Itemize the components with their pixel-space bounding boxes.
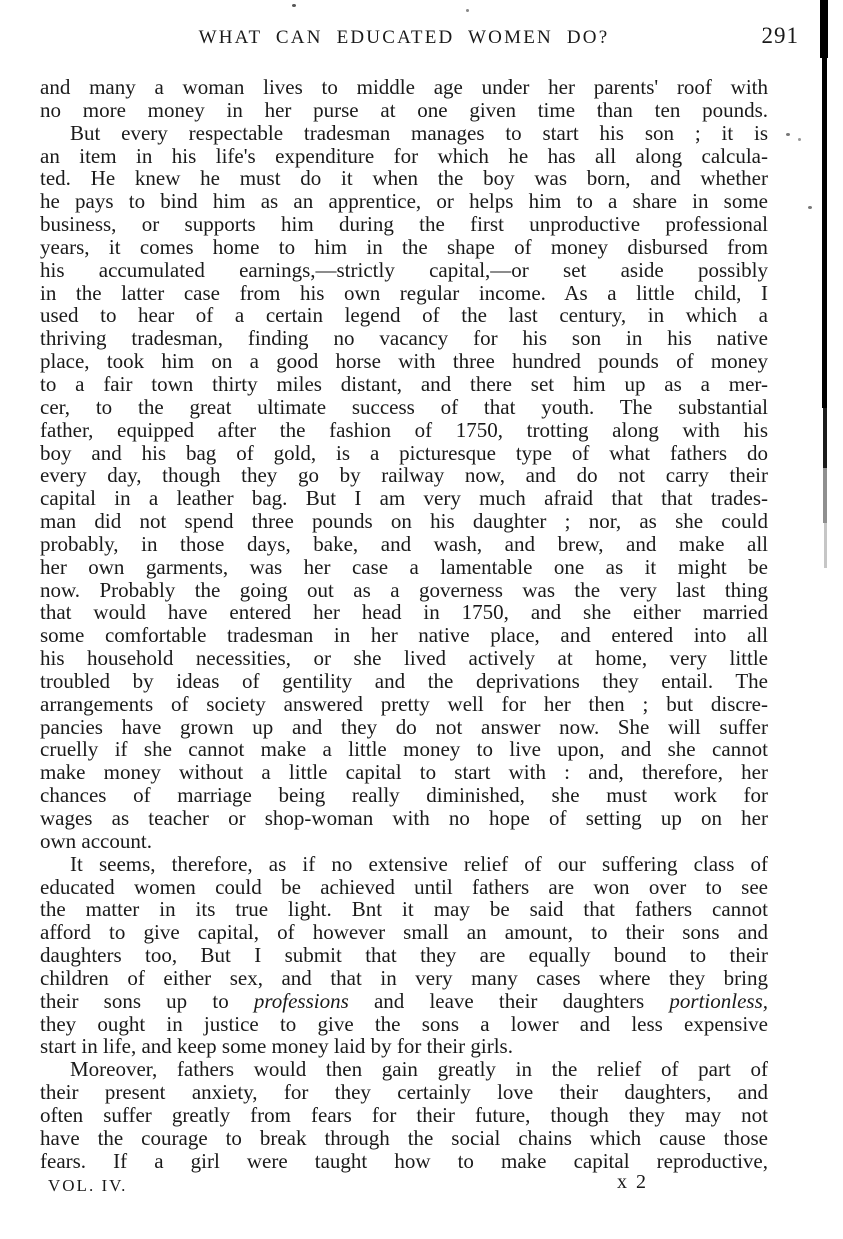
paragraph: But every respectable tradesman manages … xyxy=(40,122,768,853)
text-line: father, equipped after the fashion of 17… xyxy=(40,419,768,442)
scan-gutter-bar xyxy=(823,468,827,523)
text-line: But every respectable tradesman manages … xyxy=(40,122,768,145)
paragraph: Moreover, fathers would then gain greatl… xyxy=(40,1058,768,1172)
text-line: to a fair town thirty miles distant, and… xyxy=(40,373,768,396)
text-line: wages as teacher or shop-woman with no h… xyxy=(40,807,768,830)
text-line: own account. xyxy=(40,830,768,853)
text-line: an item in his life's expenditure for wh… xyxy=(40,145,768,168)
text-line: fears. If a girl were taught how to make… xyxy=(40,1150,768,1173)
scan-speckle xyxy=(786,133,790,136)
scan-gutter-bar xyxy=(820,0,828,58)
scan-gutter-bar xyxy=(824,523,827,568)
text-line: probably, in those days, bake, and wash,… xyxy=(40,533,768,556)
text-segment: and leave their daughters xyxy=(349,989,670,1013)
italic-text: professions xyxy=(254,989,349,1013)
text-line: boy and his bag of gold, is a picturesqu… xyxy=(40,442,768,465)
scan-gutter-bar xyxy=(822,58,827,408)
text-line: often suffer greatly from fears for thei… xyxy=(40,1104,768,1127)
scanned-book-page: WHAT CAN EDUCATED WOMEN DO? 291 and many… xyxy=(0,0,843,1239)
page-body: and many a woman lives to middle age und… xyxy=(40,76,768,1173)
text-line: in the latter case from his own regular … xyxy=(40,282,768,305)
text-line: ted. He knew he must do it when the boy … xyxy=(40,167,768,190)
text-line: and many a woman lives to middle age und… xyxy=(40,76,768,99)
text-line: they ought in justice to give the sons a… xyxy=(40,1013,768,1036)
paragraph: and many a woman lives to middle age und… xyxy=(40,76,768,122)
text-line: every day, though they go by railway now… xyxy=(40,464,768,487)
text-line: afford to give capital, of however small… xyxy=(40,921,768,944)
page-number: 291 xyxy=(762,23,800,49)
text-line: troubled by ideas of gentility and the d… xyxy=(40,670,768,693)
text-line: pancies have grown up and they do not an… xyxy=(40,716,768,739)
text-line: his household necessities, or she lived … xyxy=(40,647,768,670)
scan-speckle xyxy=(798,138,801,141)
text-line: Moreover, fathers would then gain greatl… xyxy=(40,1058,768,1081)
text-line: business, or supports him during the fir… xyxy=(40,213,768,236)
text-line: capital in a leather bag. But I am very … xyxy=(40,487,768,510)
scan-speckle xyxy=(808,206,812,209)
text-line: have the courage to break through the so… xyxy=(40,1127,768,1150)
text-line: that would have entered her head in 1750… xyxy=(40,601,768,624)
text-line: some comfortable tradesman in her native… xyxy=(40,624,768,647)
text-line: children of either sex, and that in very… xyxy=(40,967,768,990)
text-line: now. Probably the going out as a governe… xyxy=(40,579,768,602)
text-line: arrangements of society answered pretty … xyxy=(40,693,768,716)
scan-gutter-bar xyxy=(823,408,827,468)
text-line: used to hear of a certain legend of the … xyxy=(40,304,768,327)
text-line: educated women could be achieved until f… xyxy=(40,876,768,899)
text-line: he pays to bind him as an apprentice, or… xyxy=(40,190,768,213)
text-line: cruelly if she cannot make a little mone… xyxy=(40,738,768,761)
text-line: their present anxiety, for they certainl… xyxy=(40,1081,768,1104)
scan-speckle xyxy=(466,9,469,12)
page-title: WHAT CAN EDUCATED WOMEN DO? xyxy=(40,27,768,49)
volume-label: VOL. IV. xyxy=(48,1176,127,1196)
text-line: his accumulated earnings,—strictly capit… xyxy=(40,259,768,282)
italic-text: portionless, xyxy=(669,989,768,1013)
text-line: cer, to the great ultimate success of th… xyxy=(40,396,768,419)
text-line: years, it comes home to him in the shape… xyxy=(40,236,768,259)
text-line: thriving tradesman, finding no vacancy f… xyxy=(40,327,768,350)
printer-signature-mark: x 2 xyxy=(617,1171,646,1194)
text-line: man did not spend three pounds on his da… xyxy=(40,510,768,533)
text-line: start in life, and keep some money laid … xyxy=(40,1035,768,1058)
text-line: make money without a little capital to s… xyxy=(40,761,768,784)
text-line: It seems, therefore, as if no extensive … xyxy=(40,853,768,876)
text-line: chances of marriage being really diminis… xyxy=(40,784,768,807)
text-line: no more money in her purse at one given … xyxy=(40,99,768,122)
text-line: her own garments, was her case a lamenta… xyxy=(40,556,768,579)
text-line: their sons up to professions and leave t… xyxy=(40,990,768,1013)
text-line: place, took him on a good horse with thr… xyxy=(40,350,768,373)
text-line: the matter in its true light. Bnt it may… xyxy=(40,898,768,921)
paragraph: It seems, therefore, as if no extensive … xyxy=(40,853,768,1059)
scan-speckle xyxy=(292,4,296,7)
text-segment: their sons up to xyxy=(40,989,254,1013)
text-line: daughters too, But I submit that they ar… xyxy=(40,944,768,967)
